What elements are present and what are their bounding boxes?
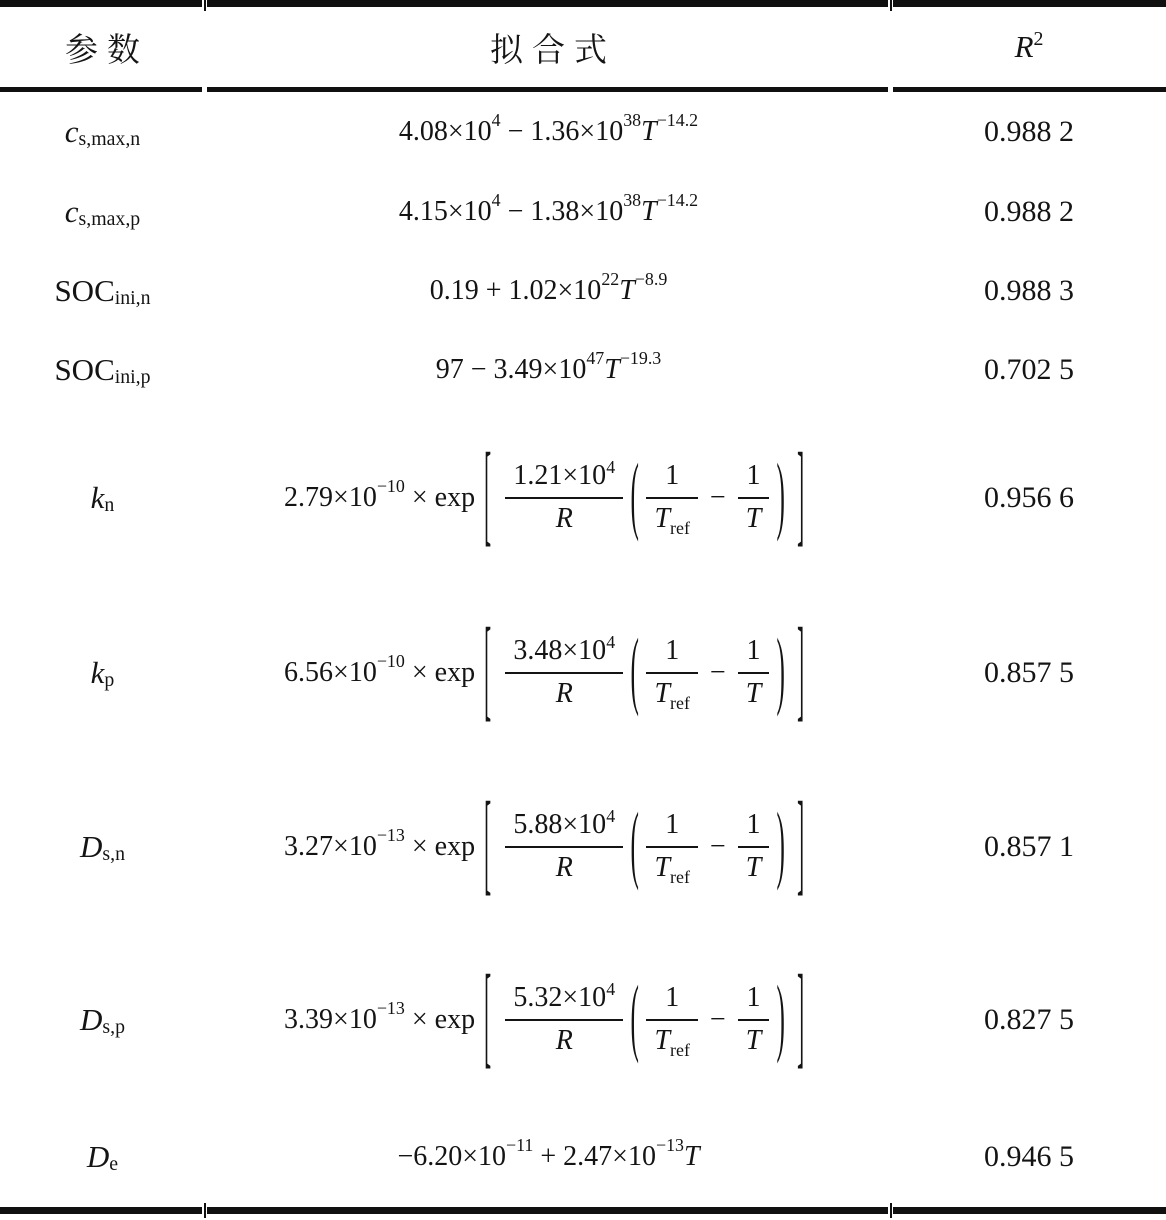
formula-cell: 3.27×10−13 × exp[5.88×104R(1Tref − 1T)]: [205, 760, 892, 933]
param-cell: De: [0, 1106, 205, 1207]
param-cell: cs,max,p: [0, 172, 205, 252]
param-cell: kp: [0, 585, 205, 760]
fitting-parameter-table: 参数 拟合式 R2 cs,max,n 4.08×104 − 1.36×1038T…: [0, 0, 1166, 1220]
header-cell-param: 参数: [0, 7, 205, 87]
table-row-de: De −6.20×10−11 + 2.47×10−13T 0.946 5: [0, 1106, 1166, 1207]
header-label-r2: R2: [1015, 29, 1044, 65]
fraction: 1.21×104R: [505, 460, 623, 534]
table-row-ds-n: Ds,n 3.27×10−13 × exp[5.88×104R(1Tref − …: [0, 760, 1166, 933]
column-divider-tick: [204, 0, 206, 11]
column-divider-tick: [204, 1203, 206, 1218]
formula-cell: 2.79×10−10 × exp[1.21×104R(1Tref − 1T)]: [205, 410, 892, 585]
table-header-row: 参数 拟合式 R2: [0, 7, 1166, 87]
fraction: 1T: [738, 460, 770, 534]
formula-cell: 4.15×104 − 1.38×1038T−14.2: [205, 172, 892, 252]
param-cell: kn: [0, 410, 205, 585]
fraction: 5.32×104R: [505, 982, 623, 1056]
r2-cell: 0.857 1: [892, 760, 1166, 933]
formula-cell: 6.56×10−10 × exp[3.48×104R(1Tref − 1T)]: [205, 585, 892, 760]
header-bottom-rule: [0, 87, 1166, 92]
column-divider-tick: [890, 1203, 892, 1218]
table-row-soc-ini-p: SOCini,p 97 − 3.49×1047T−19.3 0.702 5: [0, 330, 1166, 410]
fraction: 1Tref: [646, 982, 697, 1056]
param-cell: cs,max,n: [0, 92, 205, 172]
r2-cell: 0.988 2: [892, 92, 1166, 172]
r2-cell: 0.946 5: [892, 1106, 1166, 1207]
fraction: 1Tref: [646, 635, 697, 709]
r2-cell: 0.857 5: [892, 585, 1166, 760]
column-divider-tick: [890, 0, 892, 11]
r2-cell: 0.827 5: [892, 933, 1166, 1106]
header-cell-formula: 拟合式: [205, 7, 892, 87]
formula-cell: 97 − 3.49×1047T−19.3: [205, 330, 892, 410]
header-label-formula: 拟合式: [490, 24, 616, 71]
param-cell: Ds,n: [0, 760, 205, 933]
r2-cell: 0.988 2: [892, 172, 1166, 252]
table-bottom-rule: [0, 1207, 1166, 1214]
formula-cell: 0.19 + 1.02×1022T−8.9: [205, 252, 892, 330]
table-row-ds-p: Ds,p 3.39×10−13 × exp[5.32×104R(1Tref − …: [0, 933, 1166, 1106]
table-top-rule: [0, 0, 1166, 7]
formula-cell: −6.20×10−11 + 2.47×10−13T: [205, 1106, 892, 1207]
fraction: 3.48×104R: [505, 635, 623, 709]
fraction: 1T: [738, 982, 770, 1056]
table-row-kn: kn 2.79×10−10 × exp[1.21×104R(1Tref − 1T…: [0, 410, 1166, 585]
table-row-cs-max-n: cs,max,n 4.08×104 − 1.36×1038T−14.2 0.98…: [0, 92, 1166, 172]
table-row-cs-max-p: cs,max,p 4.15×104 − 1.38×1038T−14.2 0.98…: [0, 172, 1166, 252]
fraction: 5.88×104R: [505, 809, 623, 883]
header-label-param: 参数: [65, 24, 149, 71]
param-cell: SOCini,p: [0, 330, 205, 410]
table-row-soc-ini-n: SOCini,n 0.19 + 1.02×1022T−8.9 0.988 3: [0, 252, 1166, 330]
formula-cell: 3.39×10−13 × exp[5.32×104R(1Tref − 1T)]: [205, 933, 892, 1106]
param-cell: Ds,p: [0, 933, 205, 1106]
param-cell: SOCini,n: [0, 252, 205, 330]
fraction: 1Tref: [646, 809, 697, 883]
table-row-kp: kp 6.56×10−10 × exp[3.48×104R(1Tref − 1T…: [0, 585, 1166, 760]
header-cell-r2: R2: [892, 7, 1166, 87]
r2-cell: 0.956 6: [892, 410, 1166, 585]
fraction: 1T: [738, 809, 770, 883]
fraction: 1T: [738, 635, 770, 709]
r2-cell: 0.988 3: [892, 252, 1166, 330]
formula-cell: 4.08×104 − 1.36×1038T−14.2: [205, 92, 892, 172]
fraction: 1Tref: [646, 460, 697, 534]
r2-cell: 0.702 5: [892, 330, 1166, 410]
